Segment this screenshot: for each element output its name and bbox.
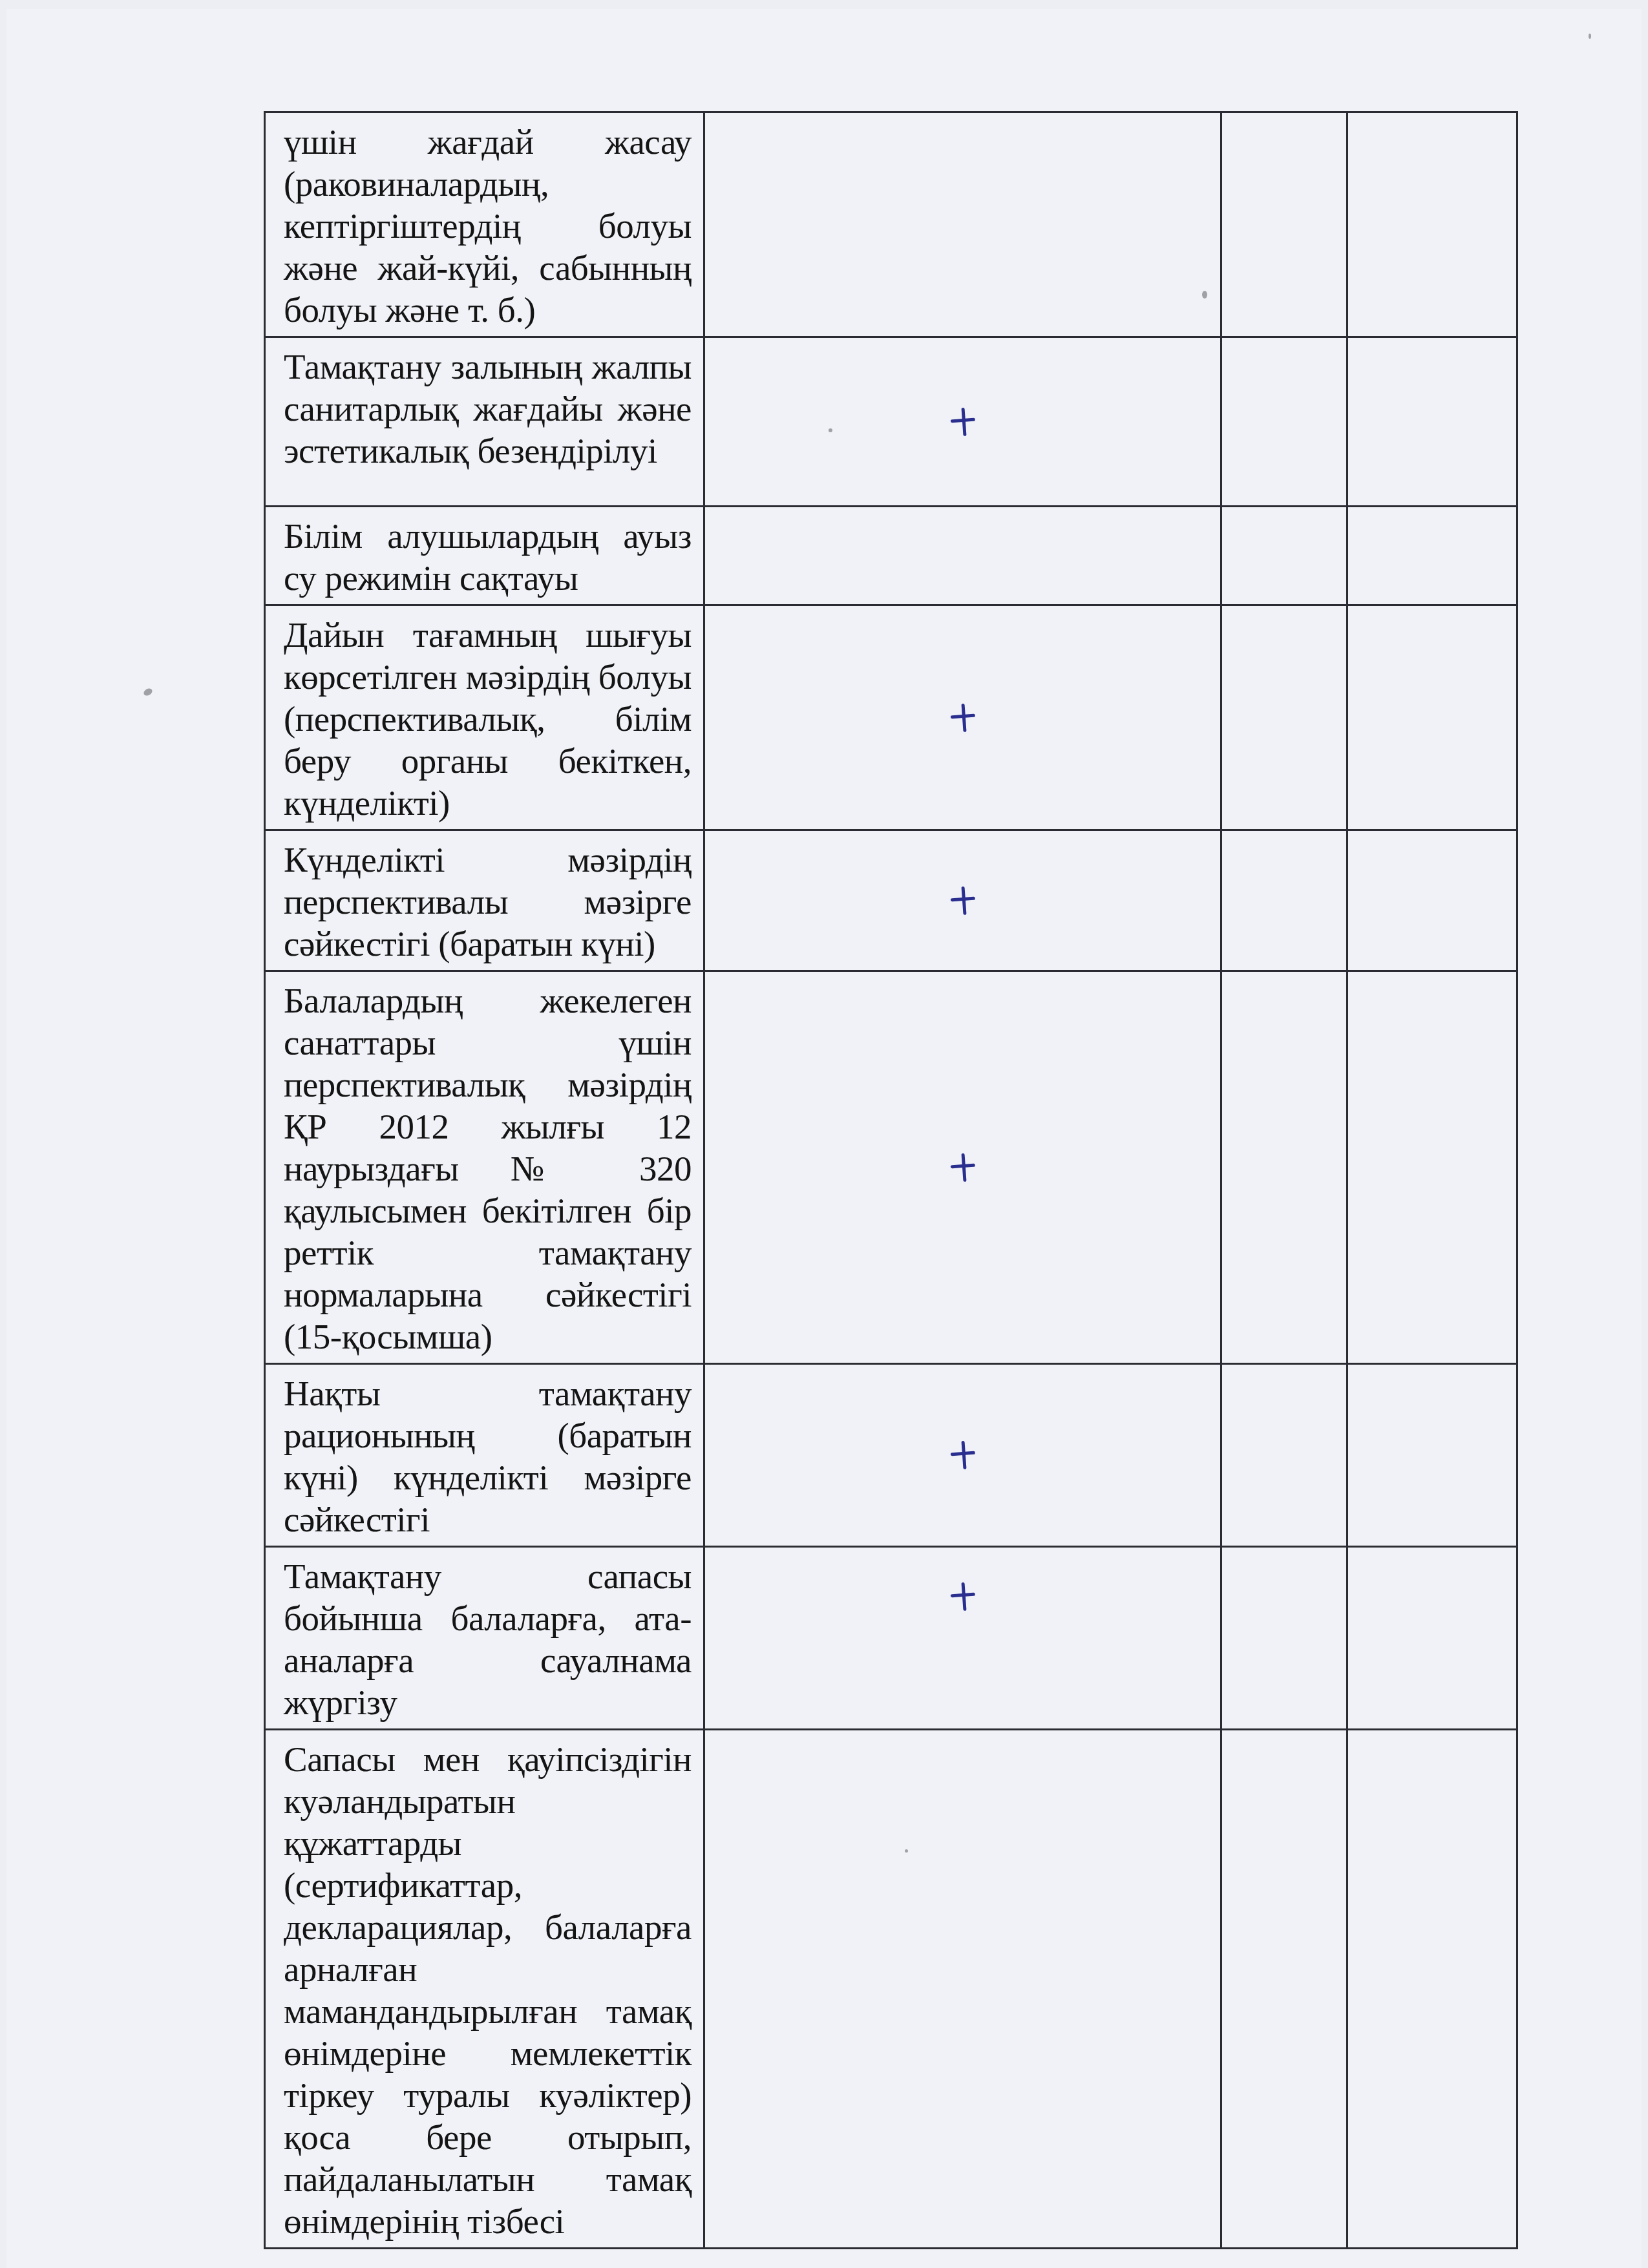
blank-cell <box>1221 112 1347 337</box>
criterion-text: Балалардың жекелеген санаттары үшін перс… <box>266 972 703 1363</box>
table-row: Күнделікті мәзірдің перспективалы мәзірг… <box>265 830 1517 971</box>
criterion-cell: Сапасы мен қауіпсіздігін куәландыратын қ… <box>265 1730 704 2249</box>
blank-cell <box>1347 830 1517 971</box>
blank-cell <box>1221 605 1347 830</box>
checklist-table: үшін жағдай жасау (раковиналардың, кепті… <box>264 111 1518 2249</box>
blank-cell <box>1347 1364 1517 1547</box>
blank-cell <box>1221 830 1347 971</box>
blank-cell <box>1221 1364 1347 1547</box>
criterion-cell: Тамақтану залының жалпы санитарлық жағда… <box>265 337 704 507</box>
scan-speck <box>829 428 832 432</box>
blank-cell <box>1347 971 1517 1364</box>
mark-cell: + <box>704 605 1221 830</box>
mark-cell: + <box>704 971 1221 1364</box>
plus-mark-icon <box>949 1581 976 1612</box>
blank-cell <box>1347 1730 1517 2249</box>
table-row: үшін жағдай жасау (раковиналардың, кепті… <box>265 112 1517 337</box>
blank-cell <box>1347 507 1517 605</box>
blank-cell <box>1347 605 1517 830</box>
plus-mark-icon <box>949 1440 976 1471</box>
criterion-text: Дайын тағамның шығуы көрсетілген мәзірді… <box>266 606 703 829</box>
table-row: Білім алушылардың ауыз су режимін сақтау… <box>265 507 1517 605</box>
mark-cell: + <box>704 337 1221 507</box>
mark-cell <box>704 112 1221 337</box>
plus-mark-icon <box>949 702 976 733</box>
scan-speck <box>1589 34 1591 39</box>
blank-cell <box>1221 1730 1347 2249</box>
blank-cell <box>1221 1547 1347 1730</box>
mark-cell: + <box>704 1547 1221 1730</box>
criterion-text: Тамақтану залының жалпы санитарлық жағда… <box>266 338 703 477</box>
table-row: Нақты тамақтану рационының (баратын күні… <box>265 1364 1517 1547</box>
criterion-cell: Балалардың жекелеген санаттары үшін перс… <box>265 971 704 1364</box>
plus-mark-icon <box>949 406 976 437</box>
table-row: Сапасы мен қауіпсіздігін куәландыратын қ… <box>265 1730 1517 2249</box>
criterion-text: Тамақтану сапасы бойынша балаларға, ата-… <box>266 1548 703 1728</box>
criterion-text: Білім алушылардың ауыз су режимін сақтау… <box>266 507 703 604</box>
criterion-cell: Тамақтану сапасы бойынша балаларға, ата-… <box>265 1547 704 1730</box>
criterion-text: Күнделікті мәзірдің перспективалы мәзірг… <box>266 831 703 970</box>
blank-cell <box>1347 1547 1517 1730</box>
plus-mark-icon <box>949 1152 976 1182</box>
scan-speck <box>1202 291 1207 299</box>
blank-cell <box>1221 337 1347 507</box>
mark-cell: + <box>704 1364 1221 1547</box>
criterion-cell: үшін жағдай жасау (раковиналардың, кепті… <box>265 112 704 337</box>
criterion-cell: Күнделікті мәзірдің перспективалы мәзірг… <box>265 830 704 971</box>
mark-cell: + <box>704 830 1221 971</box>
blank-cell <box>1347 112 1517 337</box>
table-row: Балалардың жекелеген санаттары үшін перс… <box>265 971 1517 1364</box>
blank-cell <box>1347 337 1517 507</box>
criterion-cell: Нақты тамақтану рационының (баратын күні… <box>265 1364 704 1547</box>
criterion-cell: Дайын тағамның шығуы көрсетілген мәзірді… <box>265 605 704 830</box>
criterion-text: үшін жағдай жасау (раковиналардың, кепті… <box>266 113 703 336</box>
table-row: Тамақтану сапасы бойынша балаларға, ата-… <box>265 1547 1517 1730</box>
criterion-text: Сапасы мен қауіпсіздігін куәландыратын қ… <box>266 1730 703 2247</box>
mark-cell <box>704 1730 1221 2249</box>
table-row: Тамақтану залының жалпы санитарлық жағда… <box>265 337 1517 507</box>
blank-cell <box>1221 971 1347 1364</box>
criterion-text: Нақты тамақтану рационының (баратын күні… <box>266 1365 703 1546</box>
mark-cell <box>704 507 1221 605</box>
table-row: Дайын тағамның шығуы көрсетілген мәзірді… <box>265 605 1517 830</box>
blank-cell <box>1221 507 1347 605</box>
plus-mark-icon <box>949 885 976 916</box>
criterion-cell: Білім алушылардың ауыз су режимін сақтау… <box>265 507 704 605</box>
scan-speck <box>905 1849 908 1853</box>
